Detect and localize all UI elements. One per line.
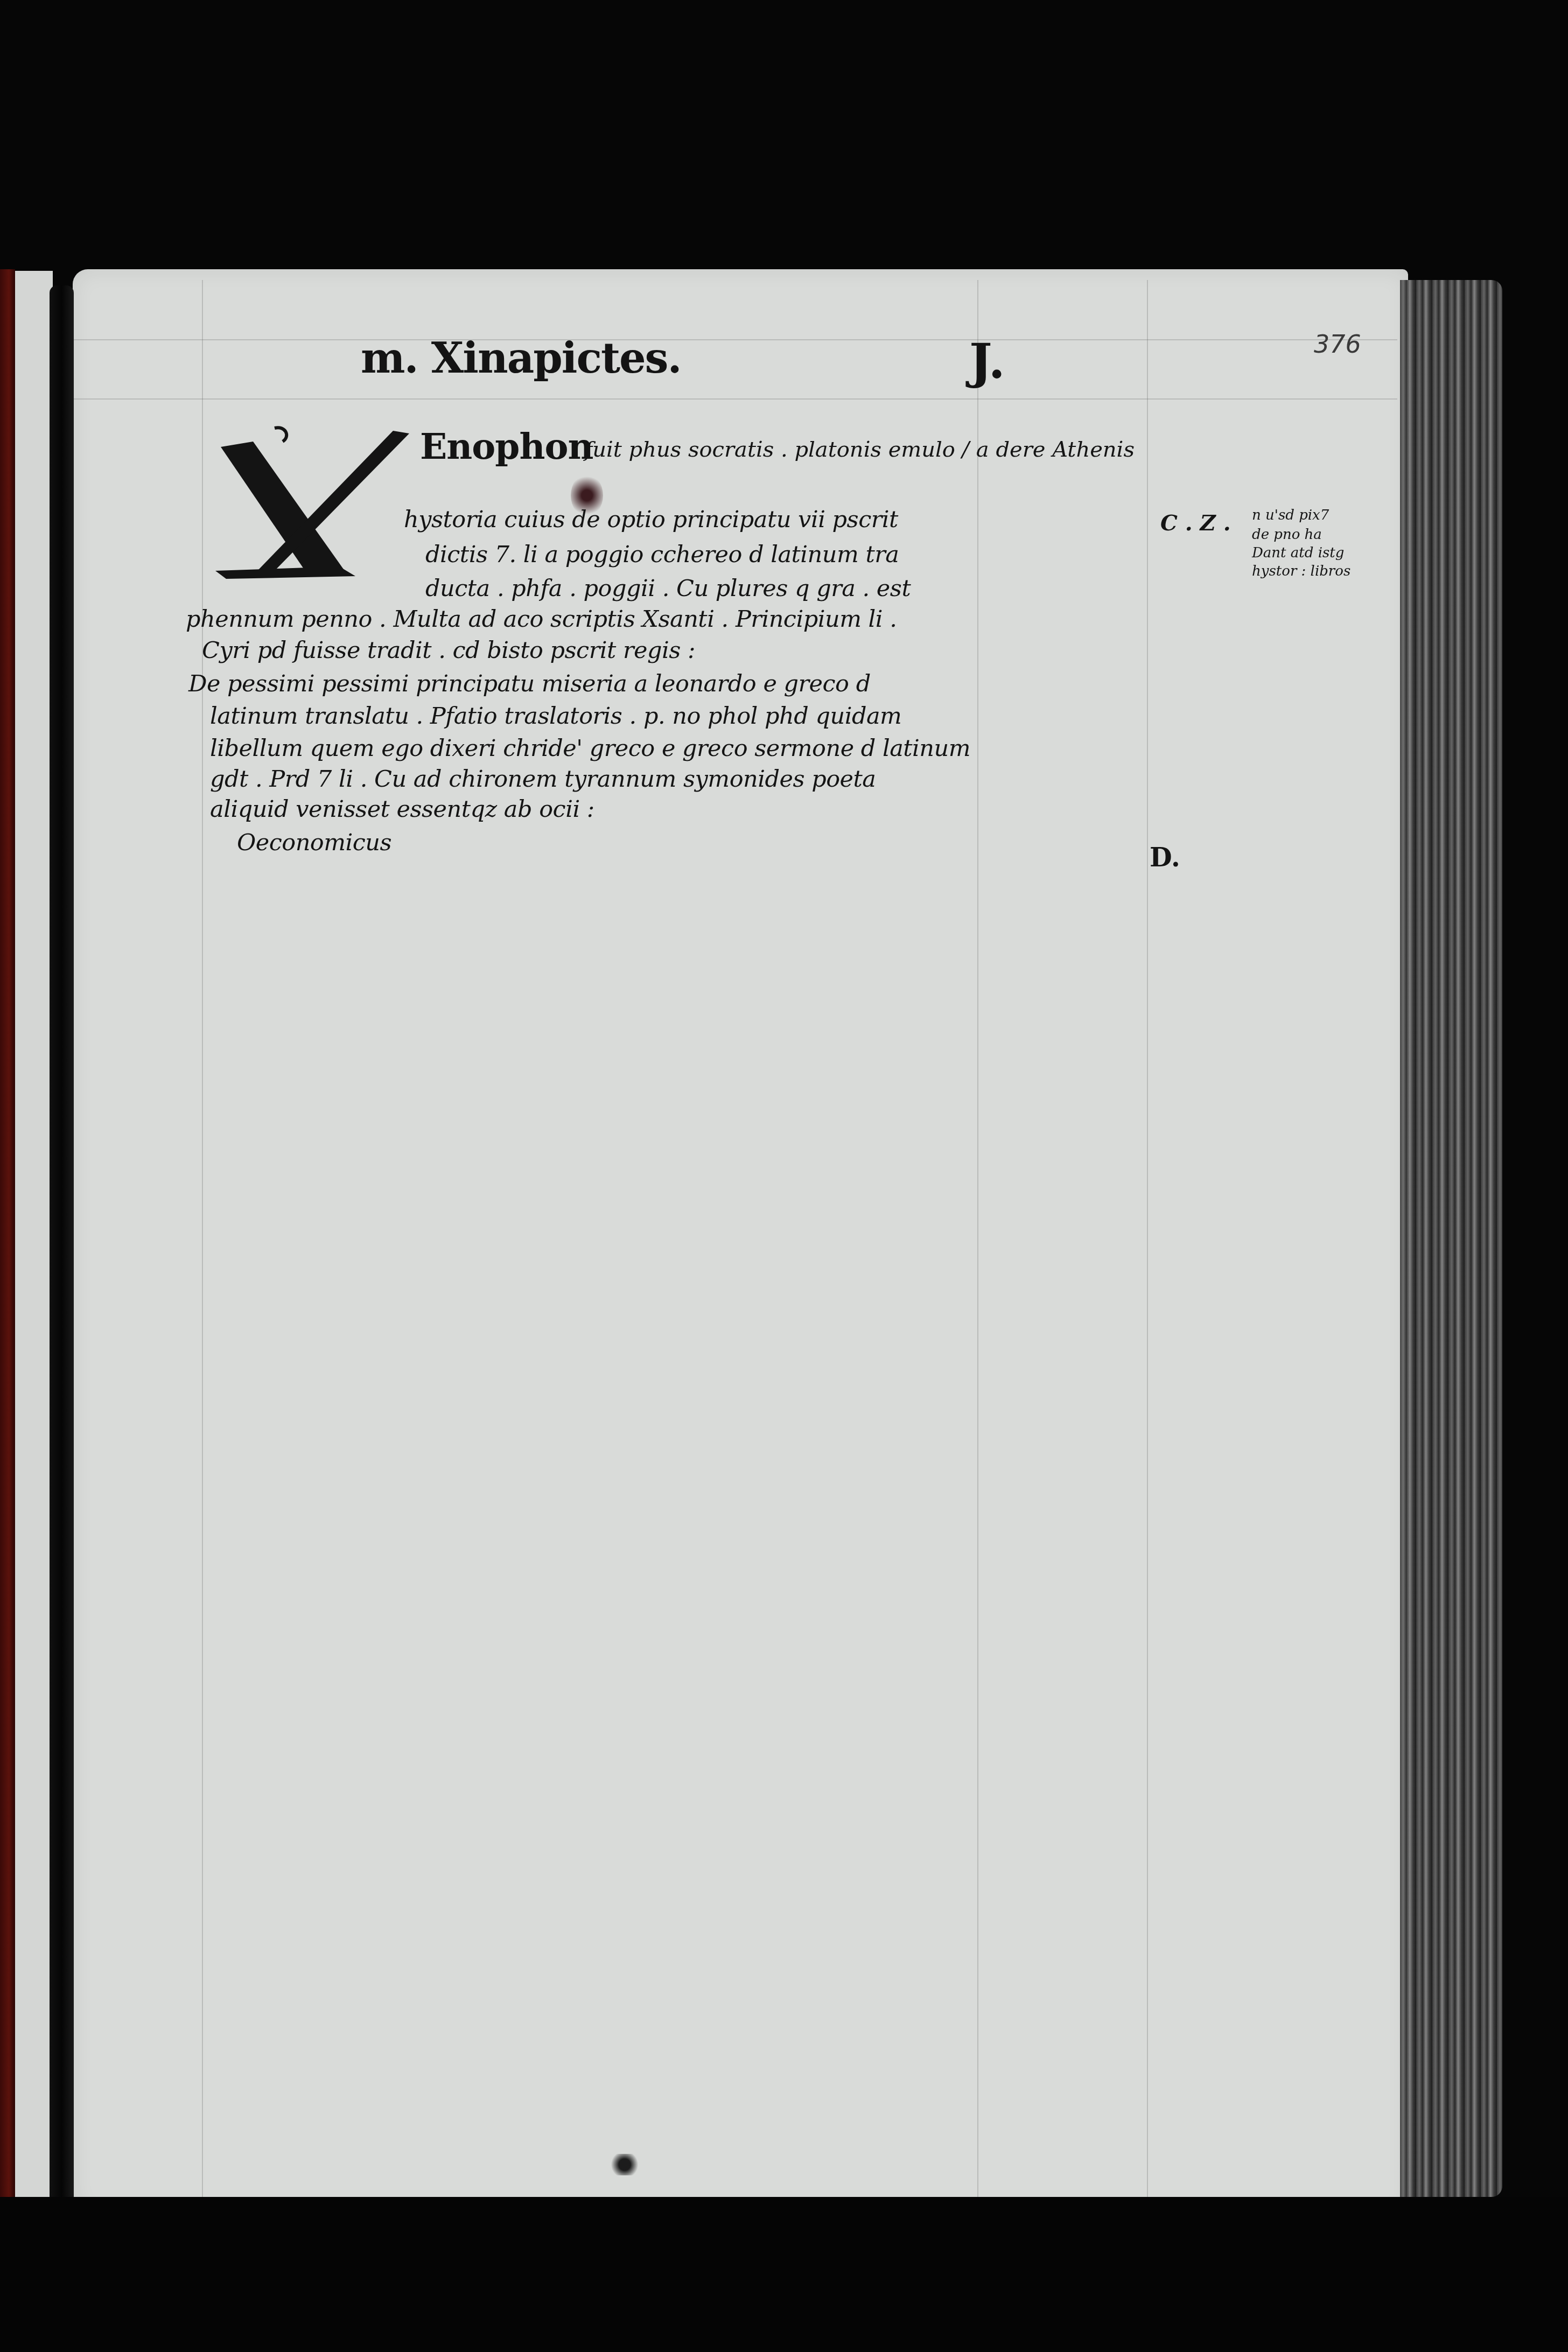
decorated-initial-x-icon bbox=[215, 425, 431, 587]
entry-title: Enophon bbox=[420, 425, 593, 467]
entry-subtitle: . fuit phus socratis . platonis emulo / … bbox=[571, 437, 1135, 462]
text-line: latinum translatu . Pfatio traslatoris .… bbox=[210, 703, 901, 730]
ruling-line bbox=[1147, 280, 1148, 2197]
gutter-shadow bbox=[50, 285, 74, 2213]
ruling-line bbox=[202, 280, 203, 2197]
text-line: gdt . Prd 7 li . Cu ad chironem tyrannum… bbox=[210, 766, 876, 793]
marginal-sigla: C . Z . bbox=[1160, 510, 1231, 536]
text-line: aliquid venisset essentqz ab ocii : bbox=[210, 796, 594, 823]
bottom-shadow bbox=[0, 2197, 1568, 2352]
marginal-note-line: hystor : libros bbox=[1252, 563, 1350, 579]
facing-leaf-edge bbox=[15, 271, 53, 2209]
text-line: ducta . phfa . poggii . Cu plures q gra … bbox=[425, 575, 911, 602]
text-line: dictis 7. li a poggio cchereo d latinum … bbox=[425, 541, 899, 568]
folio-number: 376 bbox=[1314, 330, 1361, 359]
text-line: phennum penno . Multa ad aco scriptis Xs… bbox=[186, 606, 897, 633]
fore-edge-leaves bbox=[1400, 280, 1502, 2197]
ruling-line bbox=[73, 398, 1397, 400]
section-letter: J. bbox=[969, 333, 1005, 390]
ink-stain bbox=[608, 2154, 641, 2175]
marginal-note-line: n u'sd pix7 bbox=[1252, 507, 1329, 523]
text-line: Oeconomicus bbox=[237, 829, 391, 856]
text-line: Cyri pd fuisse tradit . cd bisto pscrit … bbox=[202, 637, 695, 664]
marginal-letter: D. bbox=[1150, 843, 1180, 873]
marginal-note-line: Dant atd istg bbox=[1252, 545, 1344, 561]
ruling-line bbox=[73, 339, 1397, 340]
binding-edge bbox=[0, 269, 15, 2235]
text-line: libellum quem ego dixeri chride' greco e… bbox=[210, 735, 970, 762]
ruling-line bbox=[977, 280, 978, 2197]
running-head: m. Xinapictes. bbox=[361, 334, 681, 383]
marginal-note-line: de pno ha bbox=[1252, 527, 1322, 543]
text-line: hystoria cuius de optio principatu vii p… bbox=[404, 506, 898, 533]
text-line: De pessimi pessimi principatu miseria a … bbox=[188, 670, 871, 697]
